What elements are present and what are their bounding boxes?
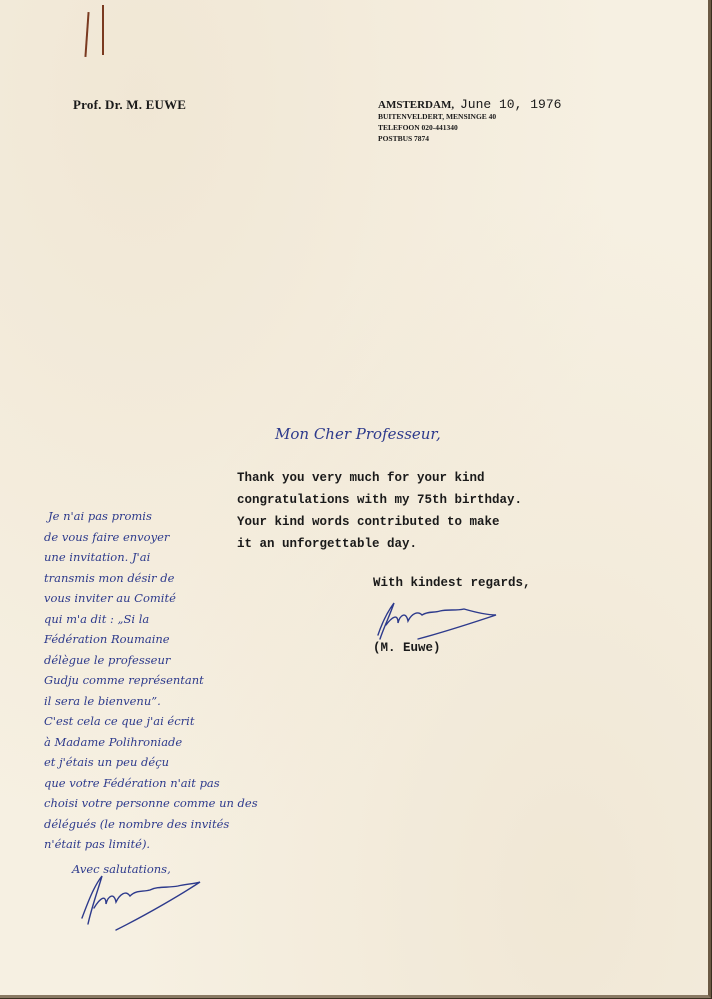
note-line: il sera le bienvenu”.	[44, 691, 258, 712]
staple-mark	[102, 5, 104, 55]
note-line: transmis mon désir de	[44, 568, 258, 589]
note-line: choisi votre personne comme un des	[44, 793, 258, 814]
letterhead-name: Prof. Dr. M. EUWE	[73, 97, 186, 113]
letter-body: Thank you very much for your kind congra…	[237, 467, 522, 555]
letter-page: Prof. Dr. M. EUWE AMSTERDAM, BUITENVELDE…	[0, 0, 711, 998]
note-line: vous inviter au Comité	[44, 588, 258, 609]
body-line: congratulations with my 75th birthday.	[237, 489, 522, 511]
note-line: Je n'ai pas promis	[44, 506, 258, 527]
note-line: et j'étais un peu déçu	[44, 752, 258, 773]
note-line: Gudju comme représentant	[44, 670, 258, 691]
salutation: Mon Cher Professeur,	[275, 425, 441, 443]
address-line: POSTBUS 7874	[378, 133, 496, 144]
body-line: Your kind words contributed to make	[237, 511, 522, 533]
body-line: Thank you very much for your kind	[237, 467, 522, 489]
note-line: qui m'a dit : „Si la	[44, 609, 258, 630]
note-line: Fédération Roumaine	[44, 629, 258, 650]
note-line: n'était pas limité).	[44, 834, 258, 855]
note-line: une invitation. J'ai	[44, 547, 258, 568]
letter-date: June 10, 1976	[460, 97, 561, 112]
address-line: BUITENVELDERT, MENSINGE 40	[378, 111, 496, 122]
note-line: que votre Fédération n'ait pas	[44, 773, 258, 794]
address-line: TELEFOON 020-441340	[378, 122, 496, 133]
note-line: à Madame Polihroniade	[44, 732, 258, 753]
signature-icon	[368, 595, 508, 645]
closing: With kindest regards,	[373, 576, 531, 590]
note-line: C'est cela ce que j'ai écrit	[44, 711, 258, 732]
note-line: délègue le professeur	[44, 650, 258, 671]
staple-mark	[84, 12, 89, 57]
handwritten-note: Je n'ai pas promis de vous faire envoyer…	[44, 506, 258, 879]
signature-icon	[78, 868, 208, 933]
note-line: délégués (le nombre des invités	[44, 814, 258, 835]
typed-name: (M. Euwe)	[373, 641, 441, 655]
note-line: de vous faire envoyer	[44, 527, 258, 548]
body-line: it an unforgettable day.	[237, 533, 522, 555]
